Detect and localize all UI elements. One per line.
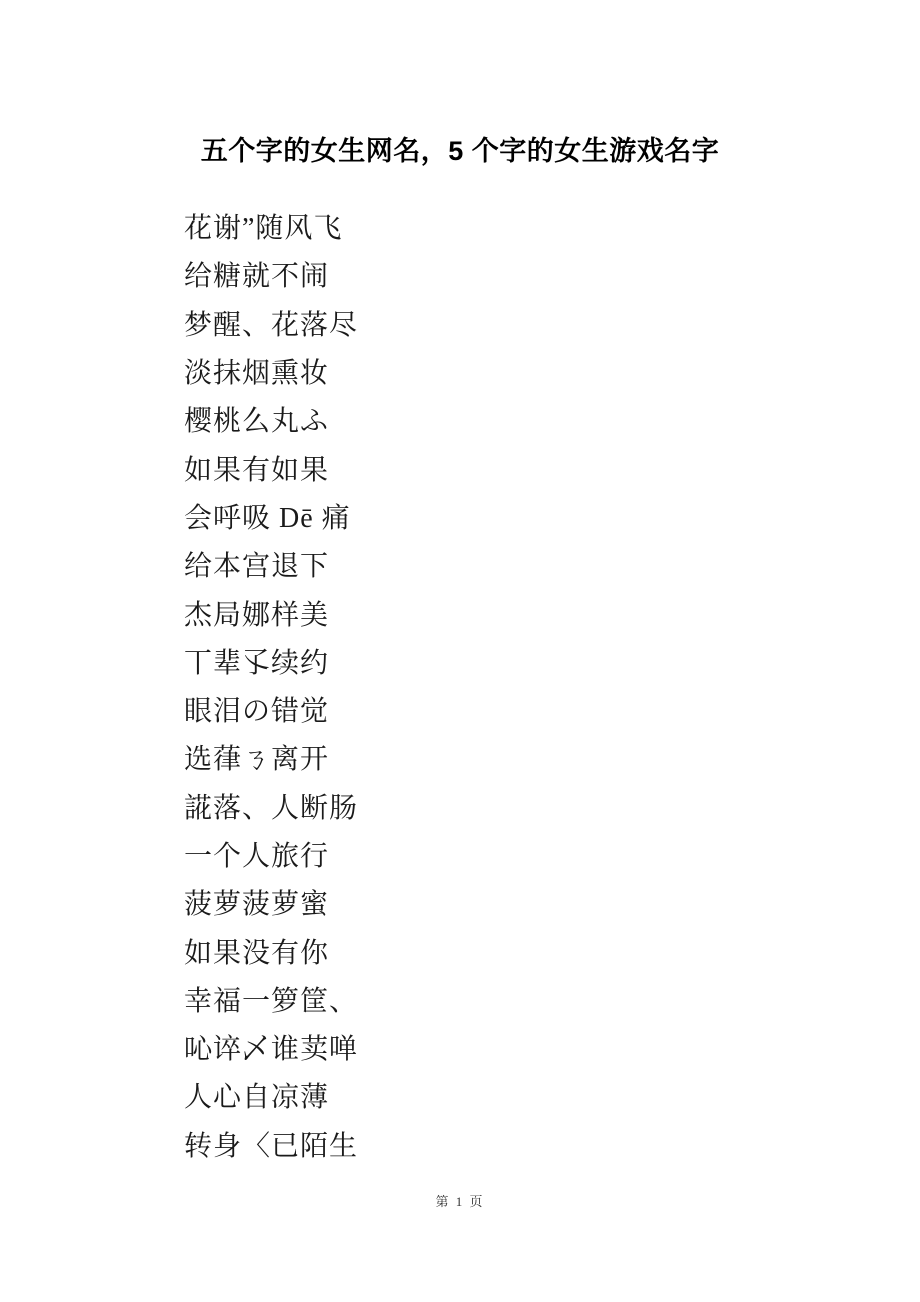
name-list-item: 眼泪の错觉	[184, 685, 358, 733]
name-text: 一个人旅行	[184, 834, 329, 874]
name-text: 选葎ㄋ离开	[184, 737, 329, 777]
name-text: 梦醒、花落尽	[184, 303, 358, 343]
name-text: 给本宫退下	[184, 544, 329, 584]
name-text: 眼泪の错觉	[184, 689, 329, 729]
name-list-item: 花谢”随风飞	[184, 202, 358, 250]
name-list-item: 樱桃么丸ふ	[184, 395, 358, 443]
name-list-item: 一个人旅行	[184, 830, 358, 878]
name-text: 誮落、人断肠	[184, 786, 358, 826]
name-text: 花谢”随风飞	[184, 206, 342, 246]
name-text: 吣谇乄谁荬啴	[184, 1027, 358, 1067]
name-list-item: 菠萝菠萝蜜	[184, 878, 358, 926]
name-list-item: 幸福一箩筐、	[184, 975, 358, 1023]
name-text: 樱桃么丸ふ	[184, 399, 329, 439]
name-list-item: 如果没有你	[184, 926, 358, 974]
name-text: 菠萝菠萝蜜	[184, 882, 329, 922]
document-title: 五个字的女生网名，5 个字的女生游戏名字	[0, 129, 920, 168]
name-list: 花谢”随风飞 给糖就不闹 梦醒、花落尽 淡抹烟熏妆 樱桃么丸ふ 如果有如果	[184, 202, 358, 1168]
name-text: 淡抹烟熏妆	[184, 351, 329, 391]
name-list-item: 会呼吸 Dē 痛	[184, 492, 358, 540]
name-list-item: 梦醒、花落尽	[184, 299, 358, 347]
page-number-label: 第 1 页	[435, 1194, 484, 1209]
name-list-item: 选葎ㄋ离开	[184, 733, 358, 781]
name-list-item: 丅辈孓续约	[184, 637, 358, 685]
name-text: 转身〈已陌生	[184, 1124, 358, 1164]
name-text: 人心自凉薄	[184, 1075, 329, 1115]
name-list-item: 转身〈已陌生	[184, 1120, 358, 1168]
document-page: 五个字的女生网名，5 个字的女生游戏名字 花谢”随风飞 给糖就不闹 梦醒、花落尽…	[0, 0, 920, 1302]
name-text: 给糖就不闹	[184, 254, 329, 294]
name-list-item: 誮落、人断肠	[184, 782, 358, 830]
name-list-item: 给本宫退下	[184, 540, 358, 588]
name-list-item: 人心自凉薄	[184, 1071, 358, 1119]
name-list-item: 吣谇乄谁荬啴	[184, 1023, 358, 1071]
name-list-item: 杰局娜样美	[184, 588, 358, 636]
name-list-item: 淡抹烟熏妆	[184, 347, 358, 395]
name-text: 杰局娜样美	[184, 593, 329, 633]
name-text: 会呼吸 Dē 痛	[184, 496, 351, 536]
page-footer: 第 1 页	[0, 1191, 920, 1211]
name-text: 丅辈孓续约	[184, 641, 329, 681]
name-text: 如果有如果	[184, 448, 329, 488]
name-text: 幸福一箩筐、	[184, 979, 358, 1019]
name-list-item: 如果有如果	[184, 443, 358, 491]
name-text: 如果没有你	[184, 931, 329, 971]
name-list-item: 给糖就不闹	[184, 250, 358, 298]
